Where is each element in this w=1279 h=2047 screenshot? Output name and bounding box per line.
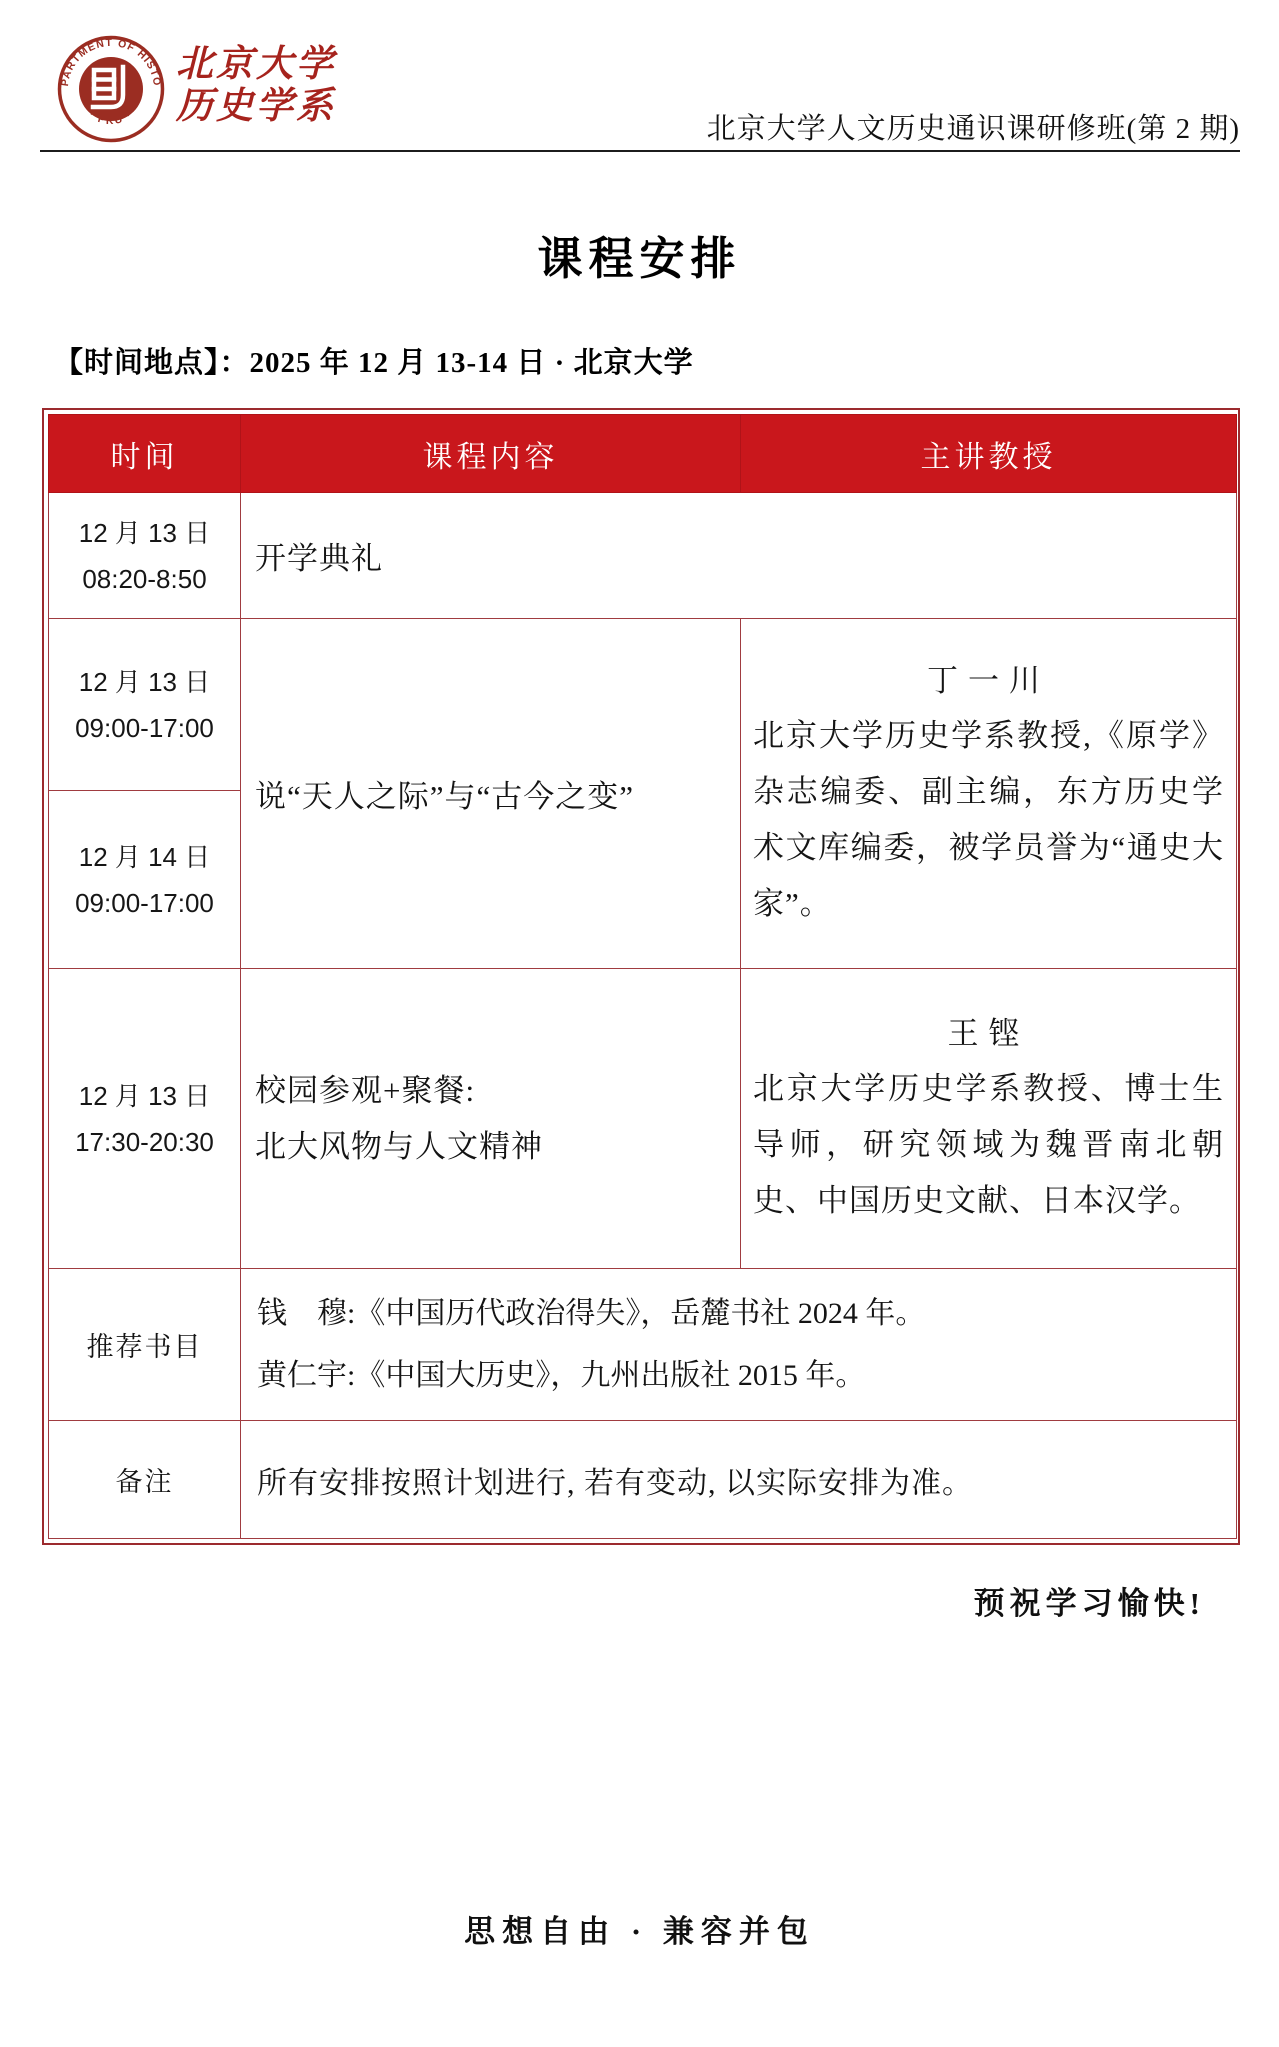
date-text: 12 月 13 日 bbox=[49, 659, 240, 705]
note-cell: 所有安排按照计划进行, 若有变动, 以实际安排为准。 bbox=[241, 1421, 1237, 1539]
table-row: 12 月 13 日 09:00-17:00 说“天人之际”与“古今之变” 丁一川… bbox=[49, 619, 1237, 791]
table-row: 备注 所有安排按照计划进行, 若有变动, 以实际安排为准。 bbox=[49, 1421, 1237, 1539]
content-line-2: 北大风物与人文精神 bbox=[255, 1119, 728, 1175]
time-text: 09:00-17:00 bbox=[49, 705, 240, 751]
time-text: 08:20-8:50 bbox=[49, 556, 240, 602]
content-line-1: 校园参观+聚餐: bbox=[255, 1063, 728, 1119]
col-header-content: 课程内容 bbox=[241, 415, 741, 493]
logo-line-2: 历史学系 bbox=[176, 86, 336, 128]
book-line-1: 钱 穆:《中国历代政治得失》，岳麓书社 2024 年。 bbox=[257, 1283, 1236, 1345]
date-text: 12 月 13 日 bbox=[49, 510, 240, 556]
time-cell: 12 月 13 日 17:30-20:30 bbox=[49, 969, 241, 1269]
table-row: 12 月 13 日 17:30-20:30 校园参观+聚餐: 北大风物与人文精神… bbox=[49, 969, 1237, 1269]
time-location-value: 2025 年 12 月 13-14 日 · 北京大学 bbox=[250, 347, 694, 379]
time-location-line: 【时间地点】：2025 年 12 月 13-14 日 · 北京大学 bbox=[54, 340, 694, 381]
professor-cell: 丁一川 北京大学历史学系教授,《原学》杂志编委、副主编，东方历史学术文库编委，被… bbox=[741, 619, 1237, 969]
table-row: 推荐书目 钱 穆:《中国历代政治得失》，岳麓书社 2024 年。 黄仁宇:《中国… bbox=[49, 1269, 1237, 1421]
books-cell: 钱 穆:《中国历代政治得失》，岳麓书社 2024 年。 黄仁宇:《中国大历史》，… bbox=[241, 1269, 1237, 1421]
table-row: 12 月 13 日 08:20-8:50 开学典礼 bbox=[49, 493, 1237, 619]
program-title: 北京大学人文历史通识课研修班(第 2 期) bbox=[707, 106, 1240, 147]
closing-wish: 预祝学习愉快! bbox=[974, 1578, 1205, 1623]
content-cell: 说“天人之际”与“古今之变” bbox=[241, 619, 741, 969]
professor-cell: 王铿 北京大学历史学系教授、博士生导师，研究领域为魏晋南北朝史、中国历史文献、日… bbox=[741, 969, 1237, 1269]
date-text: 12 月 14 日 bbox=[49, 834, 240, 880]
col-header-professor: 主讲教授 bbox=[741, 415, 1237, 493]
schedule-table-wrap: 时间 课程内容 主讲教授 12 月 13 日 08:20-8:50 开学典礼 1… bbox=[42, 408, 1240, 1545]
time-location-label: 【时间地点】： bbox=[54, 347, 250, 379]
row-label-cell: 推荐书目 bbox=[49, 1269, 241, 1421]
time-cell: 12 月 13 日 09:00-17:00 bbox=[49, 619, 241, 791]
logo-line-1: 北京大学 bbox=[176, 44, 336, 86]
book-line-2: 黄仁宇:《中国大历史》，九州出版社 2015 年。 bbox=[257, 1345, 1236, 1407]
course-schedule-page: DEPARTMENT OF HISTORY · PKU · 北京大学 历史学系 … bbox=[0, 0, 1279, 2047]
professor-bio: 北京大学历史学系教授、博士生导师，研究领域为魏晋南北朝史、中国历史文献、日本汉学… bbox=[753, 1061, 1224, 1229]
pku-history-seal-icon: DEPARTMENT OF HISTORY · PKU · bbox=[56, 34, 166, 144]
page-title: 课程安排 bbox=[0, 222, 1279, 287]
row-label-cell: 备注 bbox=[49, 1421, 241, 1539]
time-cell: 12 月 13 日 08:20-8:50 bbox=[49, 493, 241, 619]
logo-wordmark: 北京大学 历史学系 bbox=[176, 44, 336, 128]
time-text: 17:30-20:30 bbox=[49, 1119, 240, 1165]
table-header-row: 时间 课程内容 主讲教授 bbox=[49, 415, 1237, 493]
footer-motto: 思想自由 · 兼容并包 bbox=[0, 1906, 1279, 1951]
professor-name: 王铿 bbox=[753, 1008, 1224, 1053]
schedule-table: 时间 课程内容 主讲教授 12 月 13 日 08:20-8:50 开学典礼 1… bbox=[48, 414, 1237, 1539]
content-cell: 校园参观+聚餐: 北大风物与人文精神 bbox=[241, 969, 741, 1269]
professor-bio: 北京大学历史学系教授,《原学》杂志编委、副主编，东方历史学术文库编委，被学员誉为… bbox=[753, 708, 1224, 932]
time-cell: 12 月 14 日 09:00-17:00 bbox=[49, 791, 241, 969]
col-header-time: 时间 bbox=[49, 415, 241, 493]
content-cell: 开学典礼 bbox=[241, 493, 1237, 619]
time-text: 09:00-17:00 bbox=[49, 880, 240, 926]
professor-name: 丁一川 bbox=[753, 655, 1224, 700]
date-text: 12 月 13 日 bbox=[49, 1073, 240, 1119]
header-rule bbox=[40, 150, 1240, 152]
